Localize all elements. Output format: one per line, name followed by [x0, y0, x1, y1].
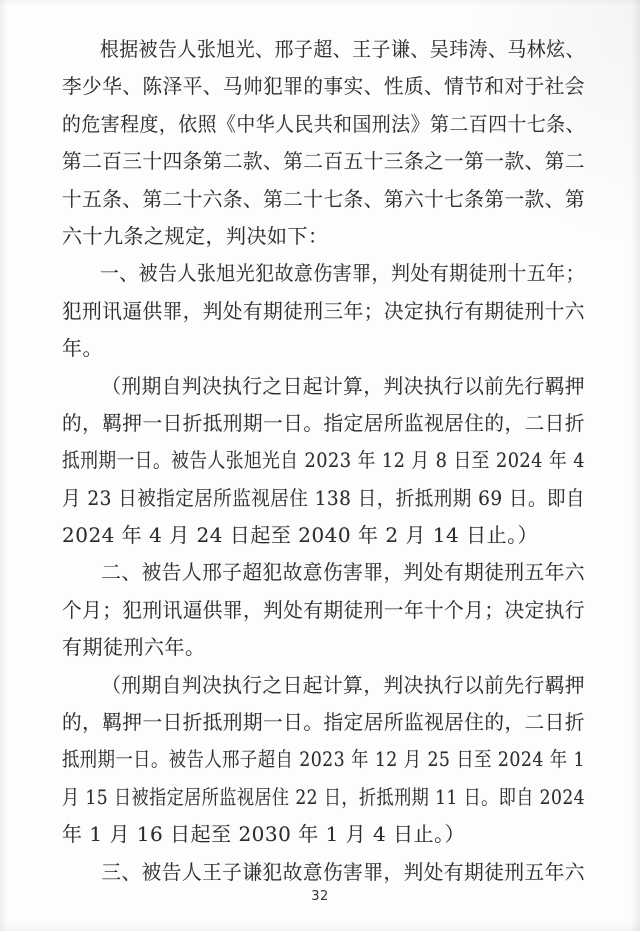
text-line-content: 犯刑讯逼供罪，判处有期徒刑三年；决定执行有期徒刑十六 — [62, 293, 585, 330]
text-line-content: 年 1 月 16 日起至 2030 年 1 月 4 日止。） — [62, 816, 465, 853]
text-line-content: 第二百三十四条第二款、第二百五十三条之一第一款、第二 — [62, 143, 585, 180]
text-line-content: 李少华、陈泽平、马帅犯罪的事实、性质、情节和对于社会 — [62, 68, 585, 105]
text-line-content: 2024 年 4 月 24 日起至 2040 年 2 月 14 日止。） — [62, 517, 538, 554]
text-line: 抵刑期一日。被告人张旭光自 2023 年 12 月 8 日至 2024 年 4 — [62, 442, 585, 479]
text-line-content: 有期徒刑六年。 — [62, 629, 206, 666]
first-line-indent — [62, 878, 101, 879]
text-line: 李少华、陈泽平、马帅犯罪的事实、性质、情节和对于社会 — [62, 68, 585, 105]
text-line-content: 个月；犯刑讯逼供罪，判处有期徒刑一年十个月；决定执行 — [62, 592, 585, 629]
text-line-content: 的，羁押一日折抵刑期一日。指定居所监视居住的，二日折 — [62, 405, 585, 442]
text-line: （刑期自判决执行之日起计算，判决执行以前先行羁押 — [62, 667, 585, 704]
text-line: 有期徒刑六年。 — [62, 629, 585, 666]
text-line: 三、被告人王子谦犯故意伤害罪，判处有期徒刑五年六 — [62, 854, 585, 891]
first-line-indent — [62, 55, 100, 56]
text-line: 第二百三十四条第二款、第二百五十三条之一第一款、第二 — [62, 143, 585, 180]
first-line-indent — [62, 279, 100, 280]
text-line-content: 十五条、第二十六条、第二十七条、第六十七条第一款、第 — [62, 181, 585, 218]
text-line: 二、被告人邢子超犯故意伤害罪，判处有期徒刑五年六 — [62, 554, 585, 591]
text-line-content: 抵刑期一日。被告人张旭光自 2023 年 12 月 8 日至 2024 年 4 — [62, 442, 585, 479]
text-line-content: 六十九条之规定，判决如下： — [62, 218, 329, 255]
text-line: 年。 — [62, 330, 585, 367]
scanned-judgment-page: { "document": { "kind_label": "court-jud… — [0, 0, 640, 931]
text-line: 年 1 月 16 日起至 2030 年 1 月 4 日止。） — [62, 816, 585, 853]
page-number: 32 — [0, 889, 640, 904]
text-line: 月 15 日被指定居所监视居住 22 日，折抵刑期 11 日。即自 2024 — [62, 779, 585, 816]
first-line-indent — [62, 392, 101, 393]
text-line: 的危害程度，依照《中华人民共和国刑法》第二百四十七条、 — [62, 106, 585, 143]
text-line-content: 月 15 日被指定居所监视居住 22 日，折抵刑期 11 日。即自 2024 — [62, 779, 585, 816]
text-line-content: 的危害程度，依照《中华人民共和国刑法》第二百四十七条、 — [62, 106, 585, 143]
text-line-content: （刑期自判决执行之日起计算，判决执行以前先行羁押 — [62, 368, 585, 405]
text-line-content: 一、被告人张旭光犯故意伤害罪，判处有期徒刑十五年； — [62, 255, 585, 292]
text-line: 十五条、第二十六条、第二十七条、第六十七条第一款、第 — [62, 181, 585, 218]
text-line-content: 三、被告人王子谦犯故意伤害罪，判处有期徒刑五年六 — [62, 854, 585, 891]
text-line: 根据被告人张旭光、邢子超、王子谦、吴玮涛、马林炫、 — [62, 31, 585, 68]
text-line: 六十九条之规定，判决如下： — [62, 218, 585, 255]
text-line: 抵刑期一日。被告人邢子超自 2023 年 12 月 25 日至 2024 年 1 — [62, 741, 585, 778]
text-line-content: （刑期自判决执行之日起计算，判决执行以前先行羁押 — [62, 667, 585, 704]
text-line-content: 抵刑期一日。被告人邢子超自 2023 年 12 月 25 日至 2024 年 1 — [62, 741, 585, 778]
first-line-indent — [62, 691, 101, 692]
text-line: 犯刑讯逼供罪，判处有期徒刑三年；决定执行有期徒刑十六 — [62, 293, 585, 330]
text-line: 的，羁押一日折抵刑期一日。指定居所监视居住的，二日折 — [62, 405, 585, 442]
text-line: 2024 年 4 月 24 日起至 2040 年 2 月 14 日止。） — [62, 517, 585, 554]
text-line-content: 月 23 日被指定居所监视居住 138 日，折抵刑期 69 日。即自 — [62, 480, 585, 517]
text-line: 月 23 日被指定居所监视居住 138 日，折抵刑期 69 日。即自 — [62, 480, 585, 517]
document-body: 根据被告人张旭光、邢子超、王子谦、吴玮涛、马林炫、李少华、陈泽平、马帅犯罪的事实… — [62, 31, 585, 891]
first-line-indent — [62, 578, 101, 579]
text-line-content: 的，羁押一日折抵刑期一日。指定居所监视居住的，二日折 — [62, 704, 585, 741]
text-line: 的，羁押一日折抵刑期一日。指定居所监视居住的，二日折 — [62, 704, 585, 741]
text-line: （刑期自判决执行之日起计算，判决执行以前先行羁押 — [62, 368, 585, 405]
text-line: 一、被告人张旭光犯故意伤害罪，判处有期徒刑十五年； — [62, 255, 585, 292]
text-line: 个月；犯刑讯逼供罪，判处有期徒刑一年十个月；决定执行 — [62, 592, 585, 629]
text-line-content: 二、被告人邢子超犯故意伤害罪，判处有期徒刑五年六 — [62, 554, 585, 591]
text-line-content: 年。 — [62, 330, 103, 367]
text-line-content: 根据被告人张旭光、邢子超、王子谦、吴玮涛、马林炫、 — [62, 31, 585, 68]
